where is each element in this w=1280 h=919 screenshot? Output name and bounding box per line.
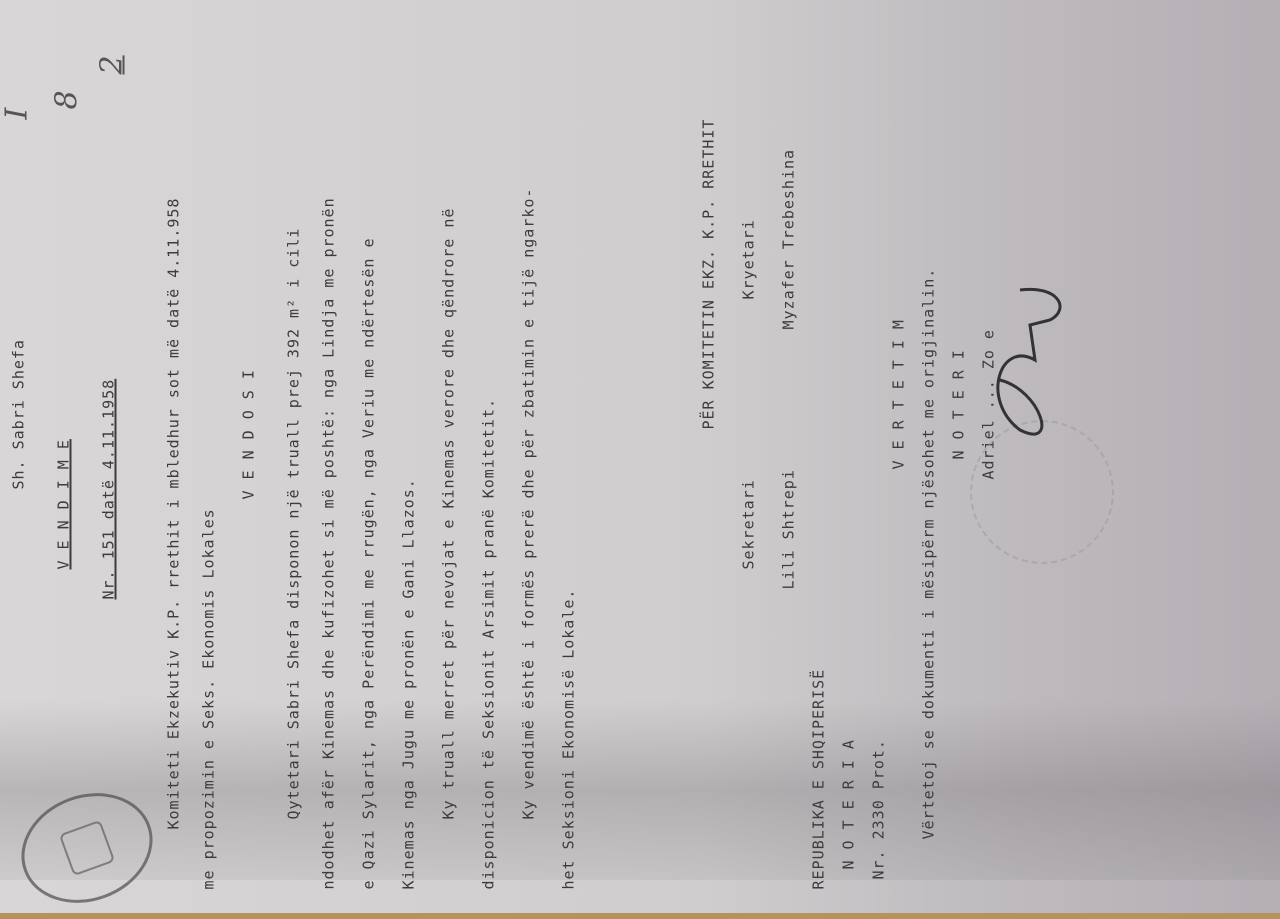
intro-line: me propozimin e Seks. Ekonomis Lokales bbox=[200, 508, 218, 889]
intro-line: Komiteti Ekzekutiv K.P. rrethit i mbledh… bbox=[165, 198, 183, 830]
signature-left-role: Sekretari bbox=[740, 479, 758, 569]
paragraph-line: e Qazi Sylarit, nga Perëndimi me rrugën,… bbox=[360, 238, 378, 890]
paragraph-line: het Seksioni Ekonomisë Lokale. bbox=[560, 589, 578, 890]
paragraph-line: Kinemas nga Jugu me pronën e Gani Llazos… bbox=[400, 478, 418, 889]
signature-right-role: Kryetari bbox=[740, 219, 758, 299]
notary-number: Nr. 2330 Prot. bbox=[870, 739, 888, 879]
signature-left-name: Lili Shtrepi bbox=[780, 469, 798, 589]
document-title: V E N D I M E bbox=[55, 439, 73, 569]
signature-heading: PËR KOMITETIN EKZ. K.P. RRETHIT bbox=[700, 119, 718, 430]
handwritten-mark: I bbox=[0, 108, 35, 120]
header-name: Sh. Sabri Shefa bbox=[10, 339, 28, 489]
handwritten-mark: 8 bbox=[50, 90, 85, 109]
certification-text: Vërtetoj se dokumenti i mësipërm njësohe… bbox=[920, 268, 938, 840]
paragraph-line: ndodhet afër Kinemas dhe kufizohet si më… bbox=[320, 197, 338, 889]
desk-edge bbox=[0, 913, 1280, 919]
signature-right-name: Myzafer Trebeshina bbox=[780, 149, 798, 330]
handwritten-mark: 2 bbox=[95, 55, 130, 74]
paragraph-line: Qytetari Sabri Shefa disponon një truall… bbox=[285, 228, 303, 820]
paragraph-line: Ky truall merret për nevojat e Kinemas v… bbox=[440, 208, 458, 820]
signature-scribble-icon bbox=[960, 280, 1080, 460]
certification-heading: V E R T E T I M bbox=[890, 319, 908, 469]
notary-office: N O T E R I A bbox=[840, 739, 858, 869]
paragraph-line: disponicion të Seksionit Arsimit pranë K… bbox=[480, 398, 498, 890]
paragraph-line: Ky vendimë është i formës prerë dhe për … bbox=[520, 188, 538, 820]
notary-republic: REPUBLIKA E SHQIPERISË bbox=[810, 669, 828, 890]
decision-heading: V E N D O S I bbox=[240, 369, 258, 499]
decision-number: Nr. 151 datë 4.11.1958 bbox=[100, 379, 118, 600]
